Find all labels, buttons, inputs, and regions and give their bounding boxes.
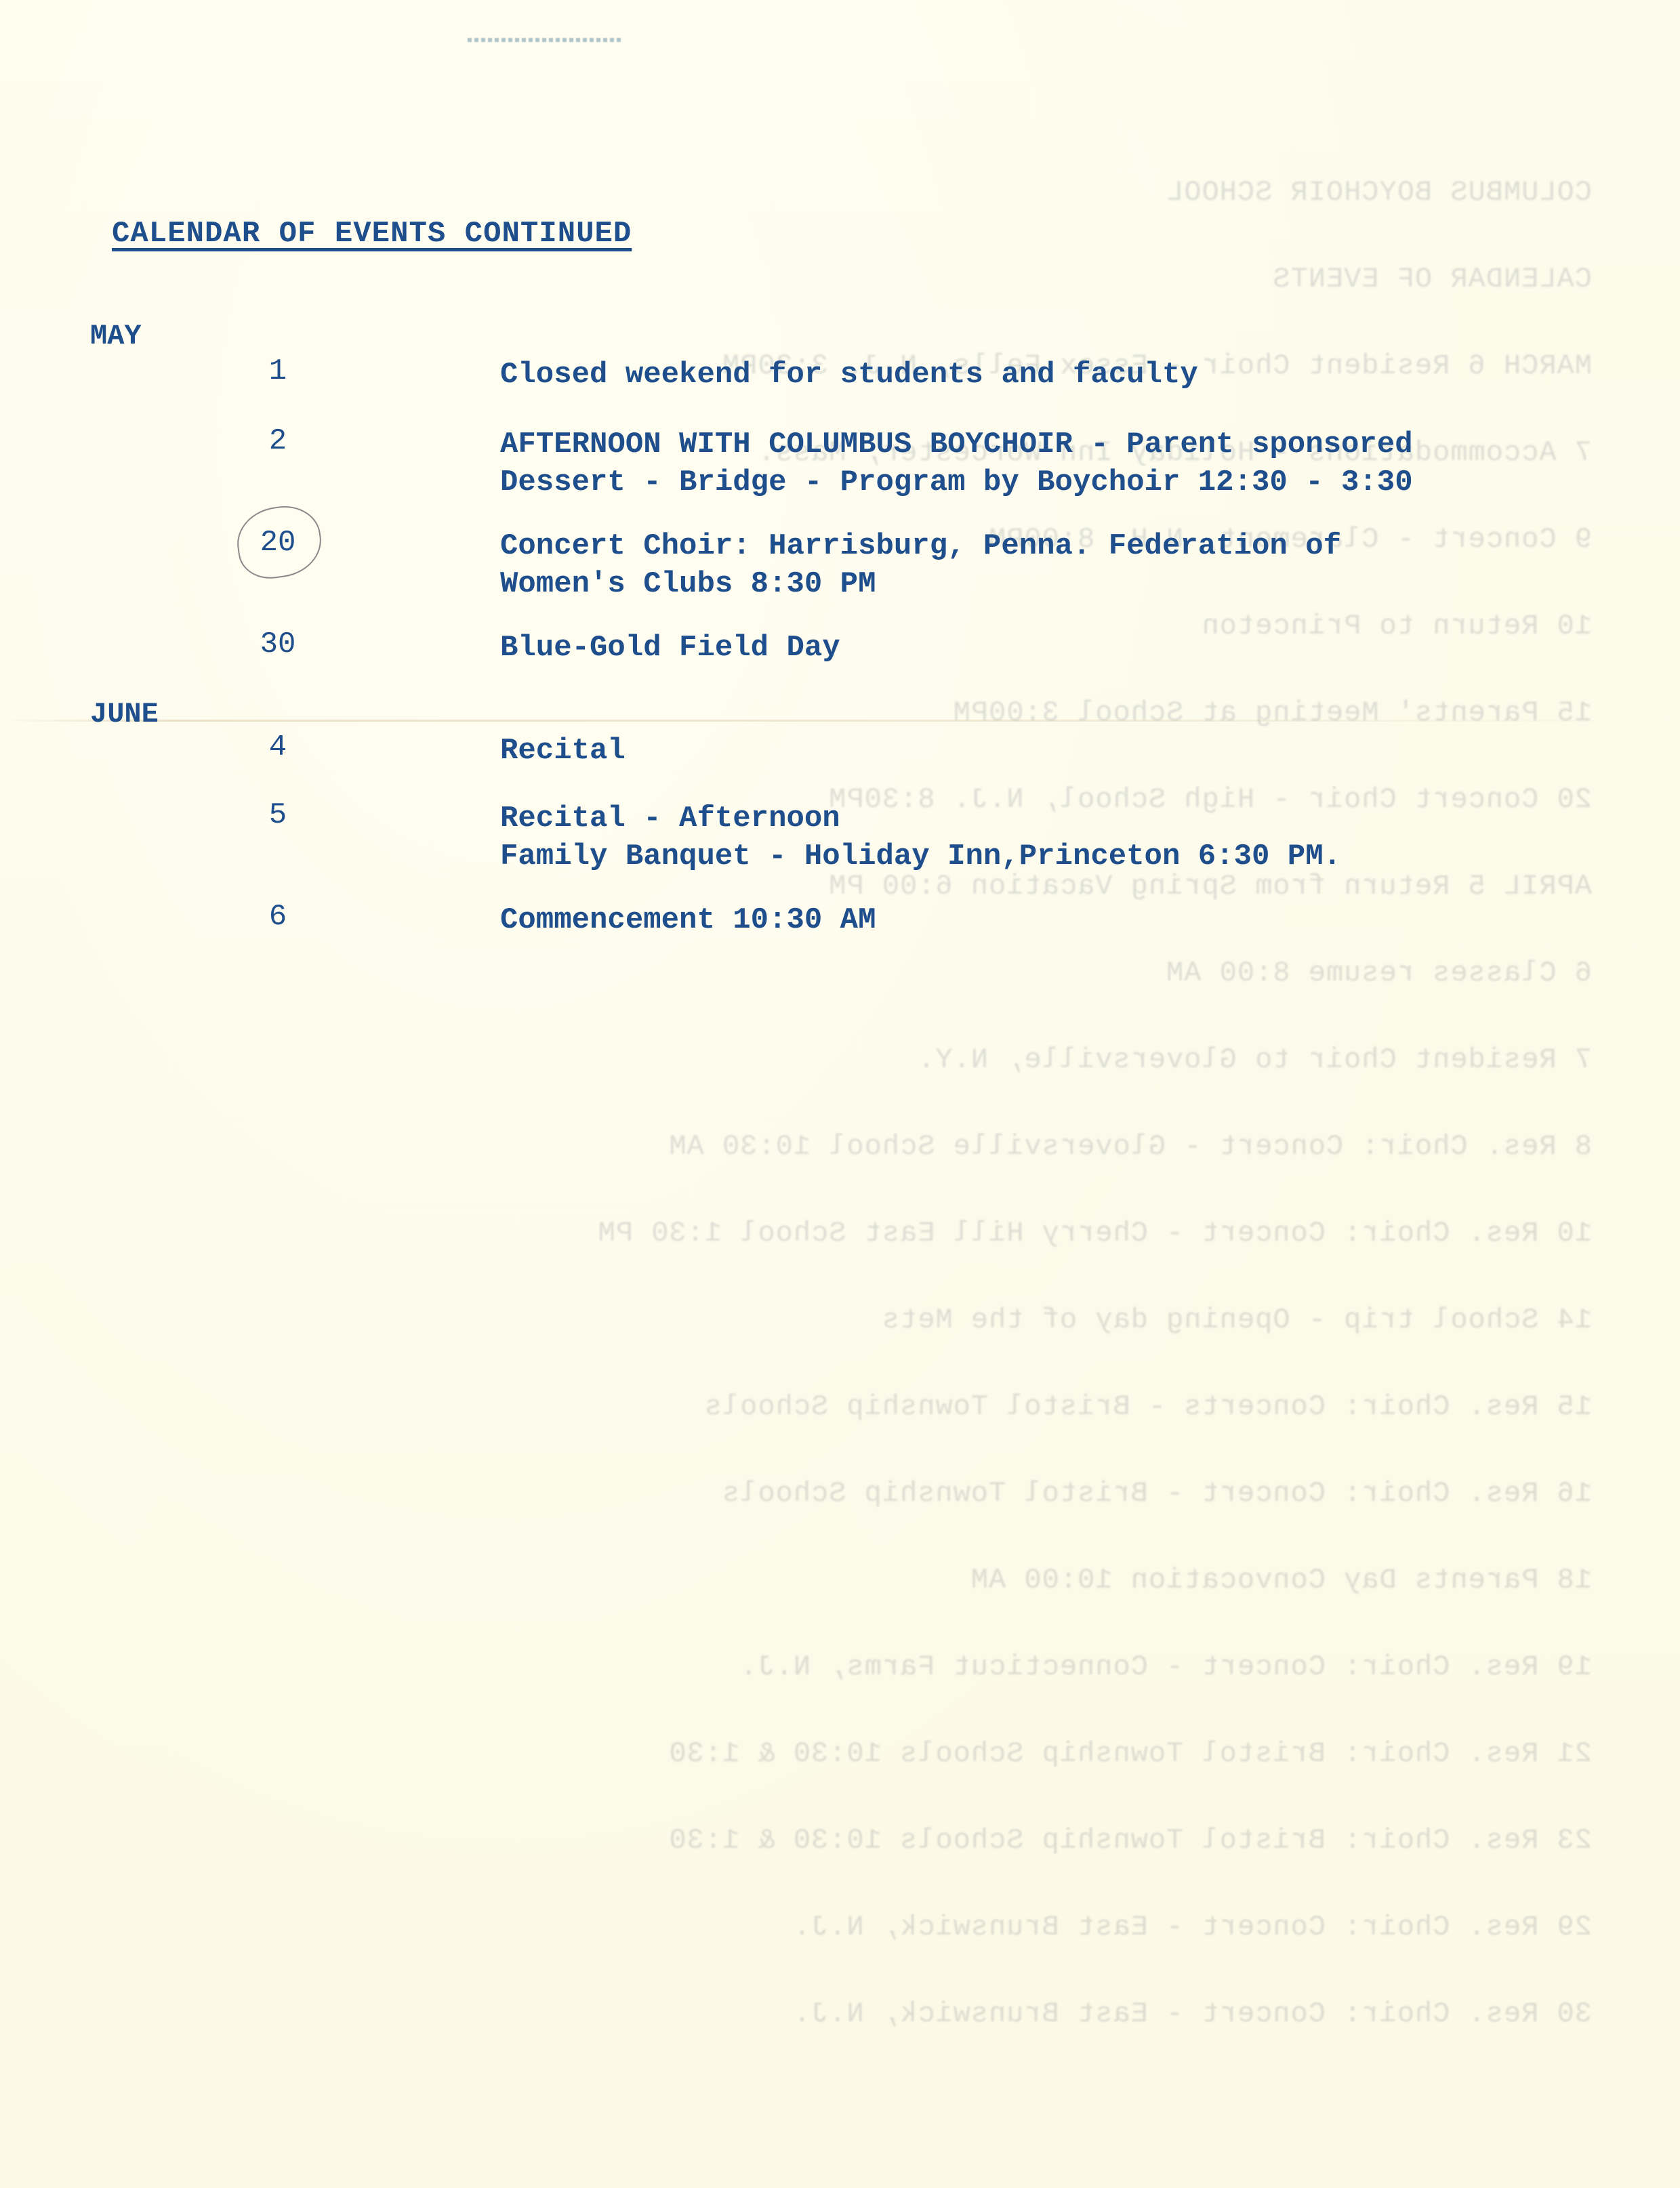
event-day: 2	[258, 424, 298, 458]
event-line: Dessert - Bridge - Program by Boychoir 1…	[500, 463, 1413, 501]
event-day: 30	[258, 627, 298, 661]
paper-background	[0, 0, 1680, 2188]
event-line: Blue-Gold Field Day	[500, 629, 840, 667]
event-description: Recital	[500, 732, 626, 770]
event-description: Concert Choir: Harrisburg, Penna. Federa…	[500, 527, 1341, 603]
event-line: Concert Choir: Harrisburg, Penna. Federa…	[500, 527, 1341, 565]
event-line: Recital	[500, 732, 626, 770]
event-description: Recital - AfternoonFamily Banquet - Holi…	[500, 800, 1341, 875]
event-line: AFTERNOON WITH COLUMBUS BOYCHOIR - Paren…	[500, 426, 1413, 463]
event-description: Blue-Gold Field Day	[500, 629, 840, 667]
event-day: 4	[258, 730, 298, 764]
ink-smudge	[468, 38, 623, 42]
month-heading-may: MAY	[90, 320, 142, 352]
event-day: 1	[258, 354, 298, 388]
event-line: Commencement 10:30 AM	[500, 901, 876, 939]
month-heading-june: JUNE	[90, 698, 159, 730]
event-line: Closed weekend for students and faculty	[500, 356, 1198, 394]
event-description: Commencement 10:30 AM	[500, 901, 876, 939]
event-line: Family Banquet - Holiday Inn,Princeton 6…	[500, 838, 1341, 875]
event-description: AFTERNOON WITH COLUMBUS BOYCHOIR - Paren…	[500, 426, 1413, 501]
paper-fold-crease	[0, 720, 1680, 722]
event-description: Closed weekend for students and faculty	[500, 356, 1198, 394]
page-title: CALENDAR OF EVENTS CONTINUED	[112, 217, 632, 251]
event-line: Women's Clubs 8:30 PM	[500, 565, 1341, 603]
event-day: 6	[258, 900, 298, 934]
event-line: Recital - Afternoon	[500, 800, 1341, 838]
event-day: 5	[258, 798, 298, 832]
